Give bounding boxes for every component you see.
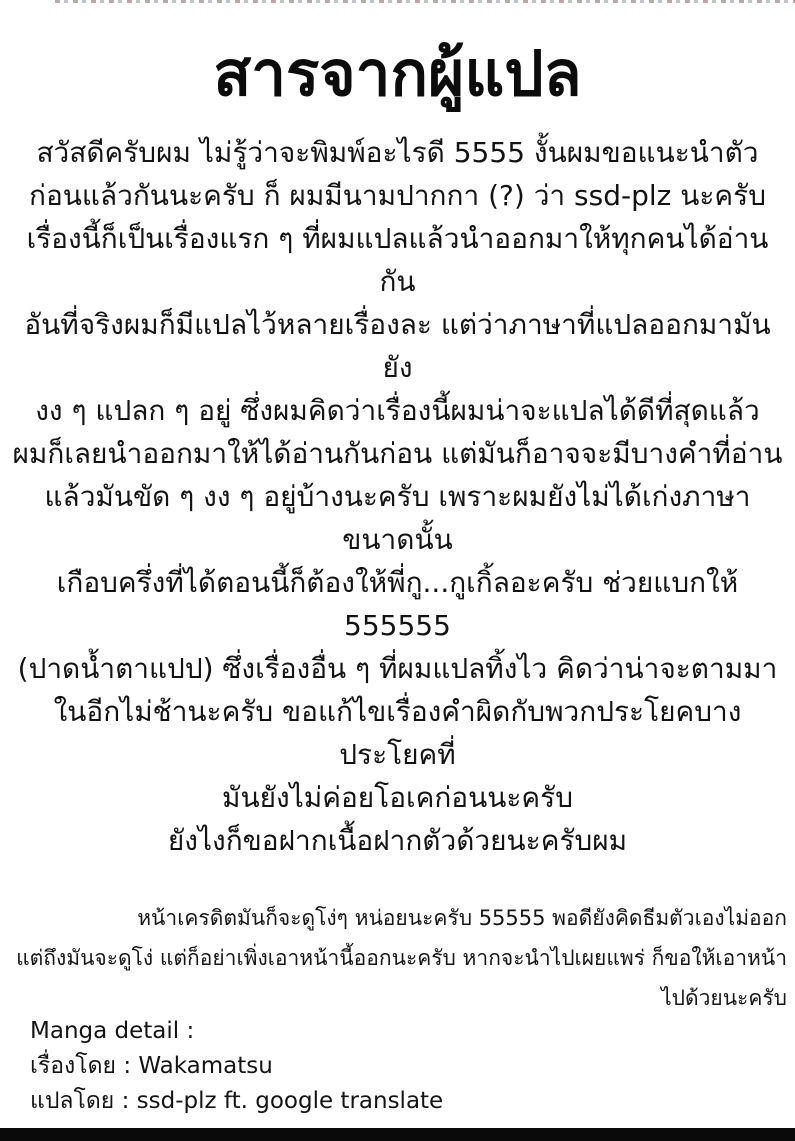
translator-message-paragraph: สวัสดีครับผม ไม่รู้ว่าจะพิมพ์อะไรดี 5555… xyxy=(10,131,785,862)
credit-page-note: หน้าเครดิตมันก็จะดูโง่ๆ หน่อยนะครับ 5555… xyxy=(8,898,787,1018)
manga-detail-translated-by: แปลโดย : ssd-plz ft. google translate xyxy=(30,1084,770,1119)
torn-panel-remnant-top xyxy=(55,0,795,3)
bottom-black-bar xyxy=(0,1128,795,1141)
manga-detail-section: Manga detail : เรื่องโดย : Wakamatsu แปล… xyxy=(30,1014,770,1119)
translator-note-page: สารจากผู้แปล สวัสดีครับผม ไม่รู้ว่าจะพิม… xyxy=(0,0,795,1141)
page-title: สารจากผู้แปล xyxy=(0,30,795,118)
manga-detail-heading: Manga detail : xyxy=(30,1014,770,1049)
manga-detail-story-by: เรื่องโดย : Wakamatsu xyxy=(30,1049,770,1084)
